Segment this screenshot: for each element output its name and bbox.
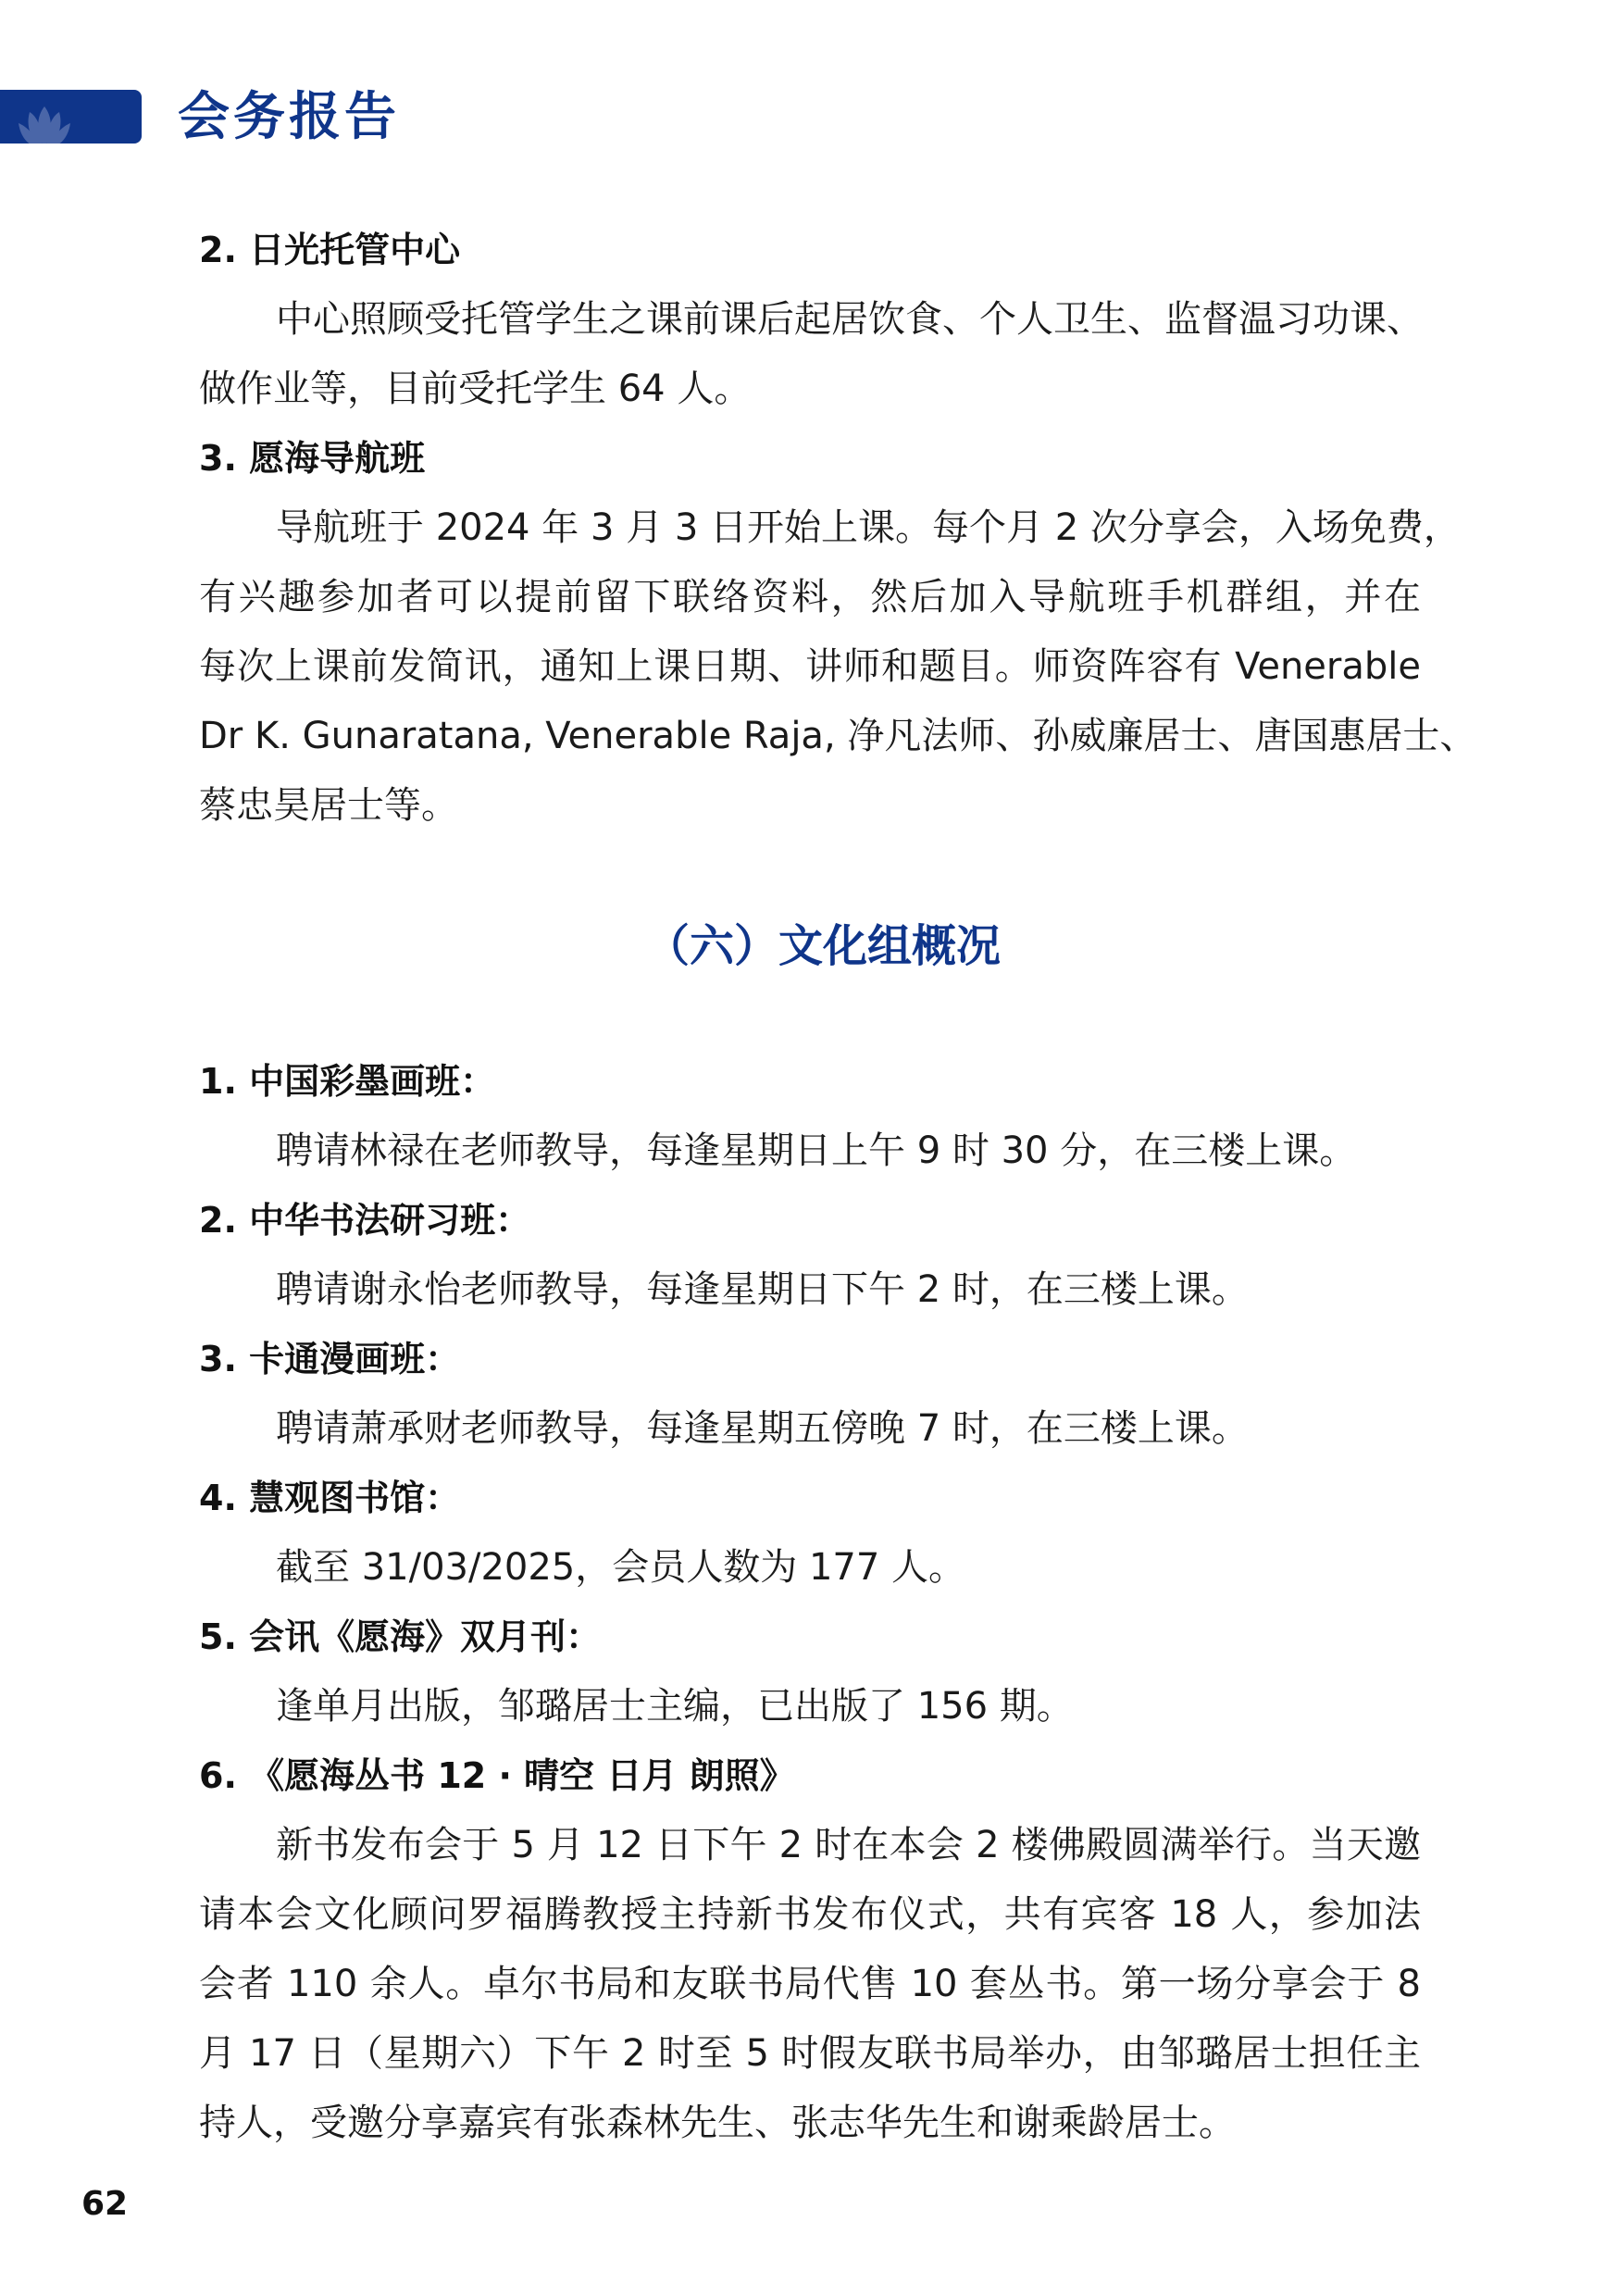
paragraph-line: 逢单月出版，邹璐居士主编，已出版了 156 期。 [199, 1672, 1421, 1741]
daycare-and-navigation-section: 2. 日光托管中心 中心照顾受托管学生之课前课后起居饮食、个人卫生、监督温习功课… [199, 216, 1421, 841]
paragraph-line: 请本会文化顾问罗福腾教授主持新书发布仪式，共有宾客 18 人，参加法 [199, 1880, 1421, 1950]
paragraph-line: 月 17 日（星期六）下午 2 时至 5 时假友联书局举办，由邹璐居士担任主 [199, 2019, 1421, 2089]
culture-group-section: 1. 中国彩墨画班： 聘请林禄在老师教导，每逢星期日上午 9 时 30 分，在三… [199, 1047, 1421, 2158]
page-header-title: 会务报告 [178, 85, 400, 150]
item-heading-calligraphy: 2. 中华书法研习班： [199, 1186, 1421, 1255]
item-heading-cartoon: 3. 卡通漫画班： [199, 1325, 1421, 1394]
item-heading-newsletter: 5. 会讯《愿海》双月刊： [199, 1603, 1421, 1672]
paragraph-line: 聘请林禄在老师教导，每逢星期日上午 9 时 30 分，在三楼上课。 [199, 1117, 1421, 1186]
paragraph-line: 会者 110 余人。卓尔书局和友联书局代售 10 套丛书。第一场分享会于 8 [199, 1950, 1421, 2019]
item-heading-daycare: 2. 日光托管中心 [199, 216, 1421, 285]
paragraph-line: 聘请谢永怡老师教导，每逢星期日下午 2 时，在三楼上课。 [199, 1255, 1421, 1325]
paragraph-line: Dr K. Gunaratana, Venerable Raja, 净凡法师、孙… [199, 702, 1421, 771]
paragraph-line: 做作业等，目前受托学生 64 人。 [199, 355, 1421, 424]
item-heading-library: 4. 慧观图书馆： [199, 1464, 1421, 1533]
paragraph-line: 新书发布会于 5 月 12 日下午 2 时在本会 2 楼佛殿圆满举行。当天邀 [199, 1811, 1421, 1880]
paragraph-line: 中心照顾受托管学生之课前课后起居饮食、个人卫生、监督温习功课、 [199, 285, 1421, 355]
header-bar [0, 90, 142, 143]
item-heading-ink-painting: 1. 中国彩墨画班： [199, 1047, 1421, 1117]
item-heading-book-series: 6. 《愿海丛书 12 · 晴空 日月 朗照》 [199, 1741, 1421, 1811]
paragraph-line: 截至 31/03/2025，会员人数为 177 人。 [199, 1533, 1421, 1603]
paragraph-line: 有兴趣参加者可以提前留下联络资料，然后加入导航班手机群组，并在 [199, 563, 1421, 632]
paragraph-line: 每次上课前发简讯，通知上课日期、讲师和题目。师资阵容有 Venerable [199, 632, 1421, 702]
section-heading-culture-group: （六）文化组概况 [0, 912, 1618, 981]
paragraph-line: 聘请萧承财老师教导，每逢星期五傍晚 7 时，在三楼上课。 [199, 1394, 1421, 1464]
item-heading-navigation-class: 3. 愿海导航班 [199, 424, 1421, 493]
lotus-icon [17, 103, 72, 143]
paragraph-line: 蔡忠昊居士等。 [199, 771, 1421, 841]
paragraph-line: 导航班于 2024 年 3 月 3 日开始上课。每个月 2 次分享会，入场免费， [199, 493, 1421, 563]
paragraph-line: 持人，受邀分享嘉宾有张森林先生、张志华先生和谢乘龄居士。 [199, 2089, 1421, 2158]
page-number: 62 [81, 2183, 128, 2226]
